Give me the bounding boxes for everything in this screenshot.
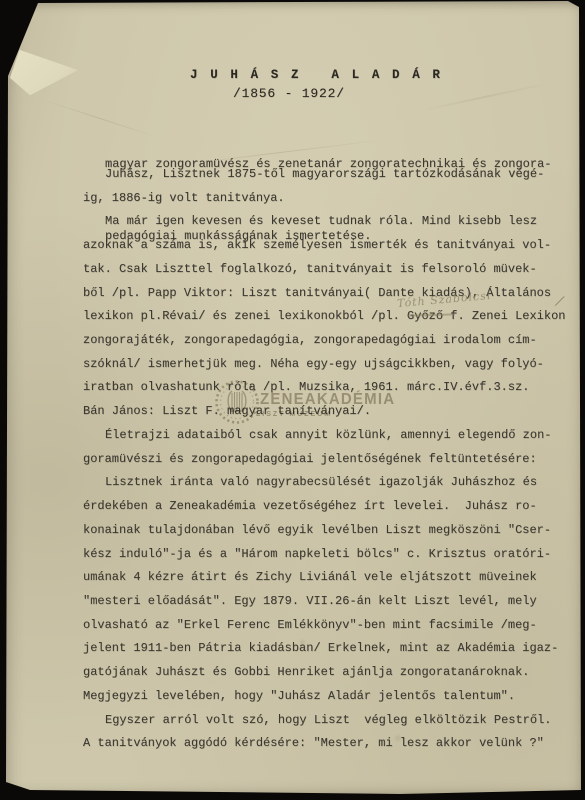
stamp-text-zeneakademia: ZENEAKADÉMIA [260,391,395,409]
paper-sheet: J U H Á S Z A L A D Á R /1856 - 1922/ ma… [0,0,585,800]
typed-line: konainak tulajdonában lévő egyik levélbe… [83,519,578,543]
typed-line: ig, 1886-ig volt tanitványa. [83,187,578,211]
typed-line: Lisztnek iránta való nagyrabecsülését ig… [83,471,578,495]
typed-line: goramüvészi és zongorapedagógiai jelentő… [83,448,578,472]
typed-line: A tanitványok aggódó kérdésére: "Mester,… [83,732,578,756]
typed-line: ből /pl. Papp Viktor: Liszt tanitványai(… [83,282,578,306]
typed-line: umának 4 kézre átirt és Zichy Liviánál v… [83,566,578,590]
typed-line: szóknál/ ismerhetjük meg. Néha egy-egy u… [83,353,578,377]
stamp-text-liszt-muzeum: LISZT MÚZEUM [256,411,332,418]
typed-line: tak. Csak Liszttel foglalkozó, tanitvány… [83,258,578,282]
typed-line: érdekében a Zeneakadémia vezetőségéhez í… [83,495,578,519]
typed-line: zongorajáték, zongorapedagógia, zongorap… [83,329,578,353]
typed-line: Ma már igen kevesen és keveset tudnak ró… [83,210,578,234]
document-body: Juhász, Lisztnek 1875-től magyarországi … [83,163,578,756]
document-dates: /1856 - 1922/ [233,86,345,101]
lyre-emblem-icon [214,379,260,425]
scanned-page: J U H Á S Z A L A D Á R /1856 - 1922/ ma… [0,0,585,800]
typed-line: olvasható az "Erkel Ferenc Emlékkönyv"-b… [83,614,578,638]
typed-line: azoknak a száma is, akik személyesen ism… [83,234,578,258]
typed-line: jelent 1911-ben Pátria kiadásban/ Erkeln… [83,637,578,661]
typed-line: Egyszer arról volt szó, hogy Liszt végle… [83,709,578,733]
museum-stamp: ZENEAKADÉMIA LISZT MÚZEUM [210,378,420,430]
typed-line: Megjegyzi levelében, hogy "Juhász Aladár… [83,685,578,709]
typed-line: lexikon pl.Révai/ és zenei lexikonokból … [83,305,578,329]
typed-line: Juhász, Lisztnek 1875-től magyarországi … [83,163,578,187]
document-title: J U H Á S Z A L A D Á R [190,68,443,82]
folded-corner [6,46,86,102]
typed-line: "mesteri előadását". Egy 1879. VII.26-án… [83,590,578,614]
typed-line: kész induló"-ja és a "Három napkeleti bö… [83,543,578,567]
typed-line: gatójának Juhászt és Gobbi Henriket aján… [83,661,578,685]
